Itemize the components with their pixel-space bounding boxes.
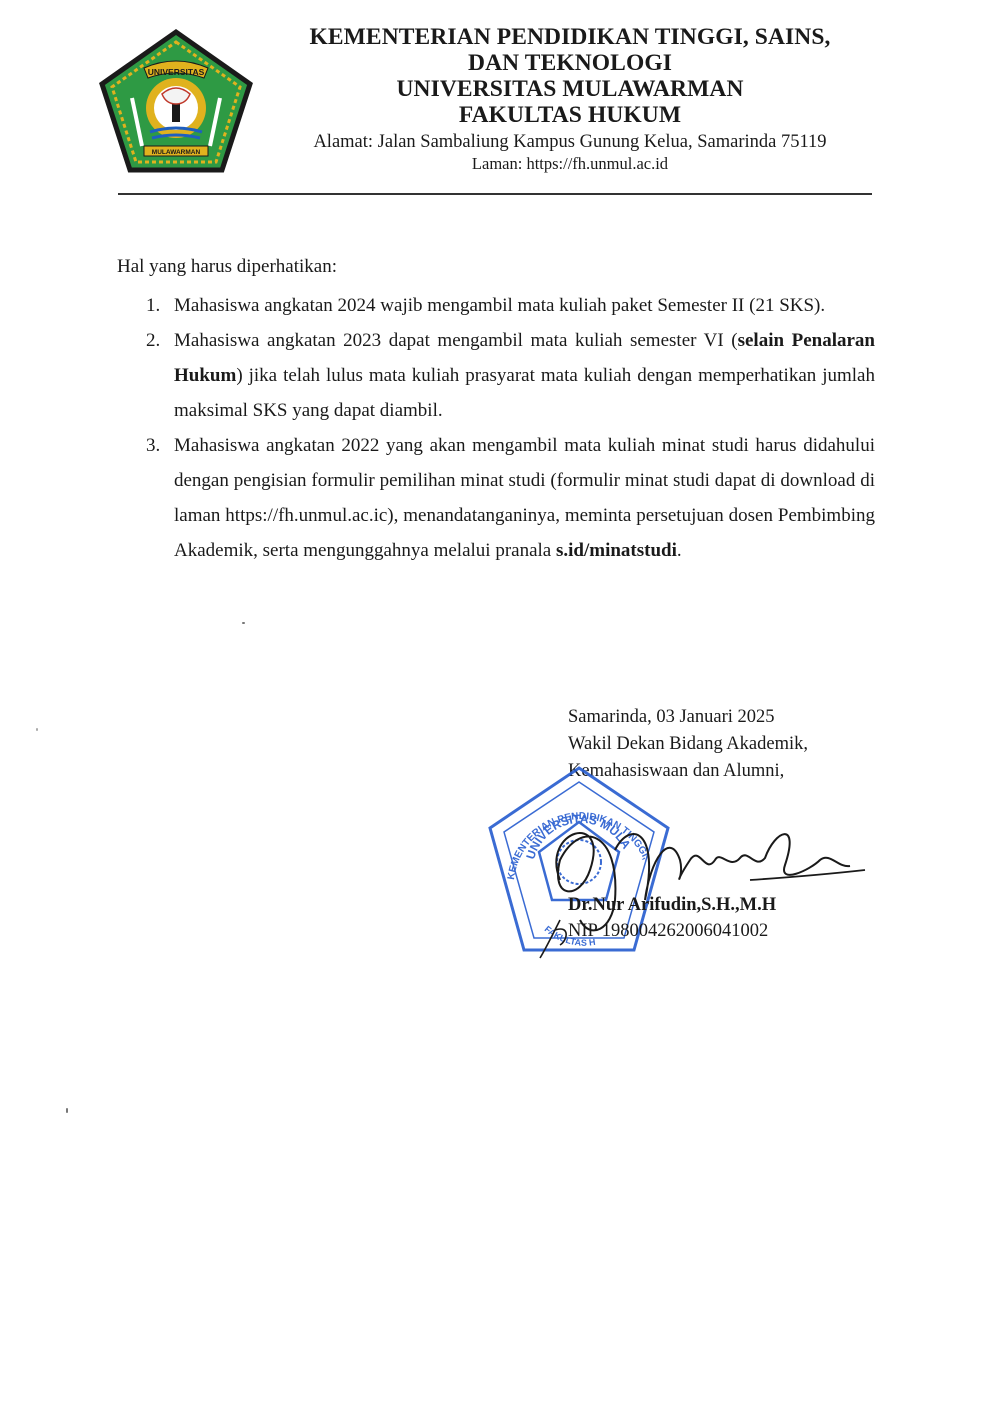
university-name: UNIVERSITAS MULAWARMAN xyxy=(260,76,880,102)
crest-banner-bottom: MULAWARMAN xyxy=(152,149,201,156)
list-item-number: 2. xyxy=(146,323,160,358)
emphasized-text: s.id/minatstudi xyxy=(556,540,677,561)
list-item: 1.Mahasiswa angkatan 2024 wajib mengambi… xyxy=(117,288,875,323)
signatory-name: Dr.Nur Arifudin,S.H.,M.H xyxy=(568,892,776,918)
list-item-text: . xyxy=(677,540,682,561)
intro-text: Hal yang harus diperhatikan: xyxy=(117,256,337,278)
ministry-name-line2: DAN TEKNOLOGI xyxy=(260,50,880,76)
notes-list: 1.Mahasiswa angkatan 2024 wajib mengambi… xyxy=(117,288,875,568)
website: Laman: https://fh.unmul.ac.id xyxy=(260,154,880,174)
list-item-number: 3. xyxy=(146,428,160,463)
scan-speck xyxy=(66,1108,68,1113)
list-item-text: Mahasiswa angkatan 2023 dapat mengambil … xyxy=(174,330,738,351)
list-item-text: ) jika telah lulus mata kuliah prasyarat… xyxy=(174,365,875,421)
ministry-name-line1: KEMENTERIAN PENDIDIKAN TINGGI, SAINS, xyxy=(260,24,880,50)
scan-speck xyxy=(242,622,245,624)
list-item-text: Mahasiswa angkatan 2022 yang akan mengam… xyxy=(174,435,875,561)
address: Alamat: Jalan Sambaliung Kampus Gunung K… xyxy=(260,130,880,154)
scan-speck xyxy=(36,728,38,731)
list-item-text: Mahasiswa angkatan 2024 wajib mengambil … xyxy=(174,295,825,316)
signatory-nip: NIP 198004262006041002 xyxy=(568,918,776,944)
letterhead-divider xyxy=(118,193,872,195)
letterhead: KEMENTERIAN PENDIDIKAN TINGGI, SAINS, DA… xyxy=(260,24,880,174)
list-item: 2.Mahasiswa angkatan 2023 dapat mengambi… xyxy=(117,323,875,428)
list-item-number: 1. xyxy=(146,288,160,323)
faculty-name: FAKULTAS HUKUM xyxy=(260,102,880,128)
university-crest-logo: UNIVERSITAS MULAWARMAN xyxy=(98,28,254,174)
place-date: Samarinda, 03 Januari 2025 xyxy=(568,704,808,731)
signatory: Dr.Nur Arifudin,S.H.,M.H NIP 19800426200… xyxy=(568,892,776,944)
list-item: 3.Mahasiswa angkatan 2022 yang akan meng… xyxy=(117,428,875,568)
crest-banner-top: UNIVERSITAS xyxy=(148,67,205,77)
position-line1: Wakil Dekan Bidang Akademik, xyxy=(568,731,808,758)
